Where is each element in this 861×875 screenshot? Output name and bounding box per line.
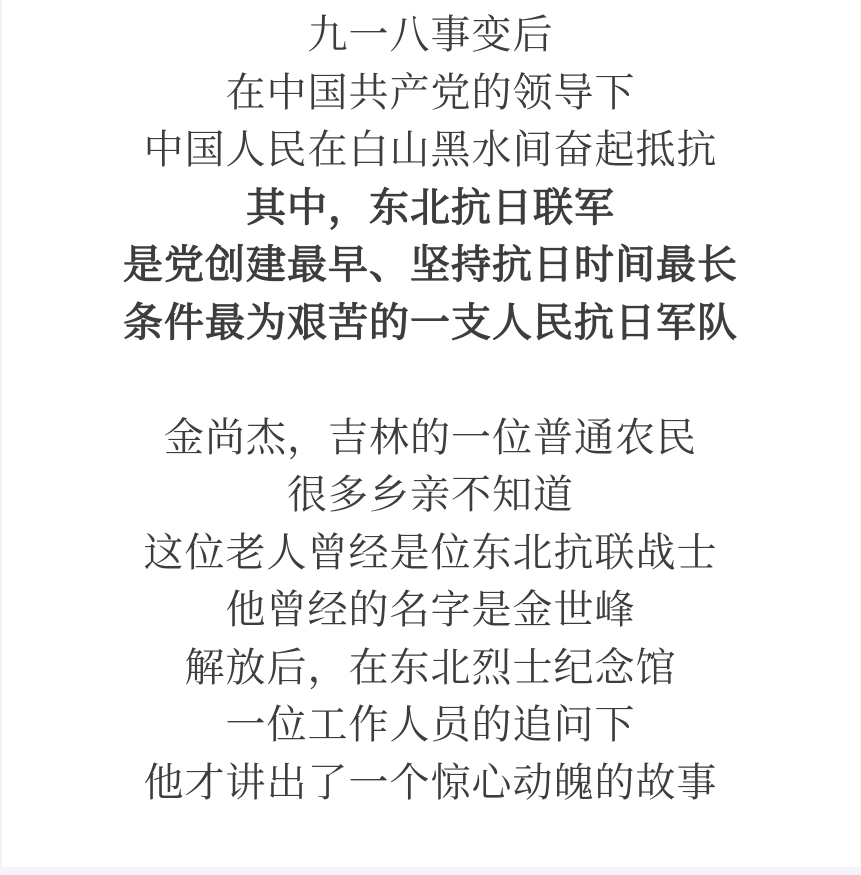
blank-line — [0, 352, 861, 410]
text-line: 在中国共产党的领导下 — [0, 65, 861, 123]
text-line: 是党创建最早、坚持抗日时间最长 — [0, 237, 861, 295]
text-line: 很多乡亲不知道 — [0, 467, 861, 525]
text-line: 他才讲出了一个惊心动魄的故事 — [0, 755, 861, 813]
text-line: 中国人民在白山黑水间奋起抵抗 — [0, 122, 861, 180]
text-line: 这位老人曾经是位东北抗联战士 — [0, 525, 861, 583]
text-line: 金尚杰，吉林的一位普通农民 — [0, 410, 861, 468]
text-block: 九一八事变后在中国共产党的领导下中国人民在白山黑水间奋起抵抗其中，东北抗日联军是… — [0, 0, 861, 812]
text-line: 条件最为艰苦的一支人民抗日军队 — [0, 295, 861, 353]
document-page: 九一八事变后在中国共产党的领导下中国人民在白山黑水间奋起抵抗其中，东北抗日联军是… — [0, 0, 861, 875]
text-line: 他曾经的名字是金世峰 — [0, 582, 861, 640]
text-line: 一位工作人员的追问下 — [0, 697, 861, 755]
text-line: 九一八事变后 — [0, 7, 861, 65]
text-line: 解放后，在东北烈士纪念馆 — [0, 640, 861, 698]
bottom-edge-band — [0, 867, 861, 875]
text-line: 其中，东北抗日联军 — [0, 180, 861, 238]
